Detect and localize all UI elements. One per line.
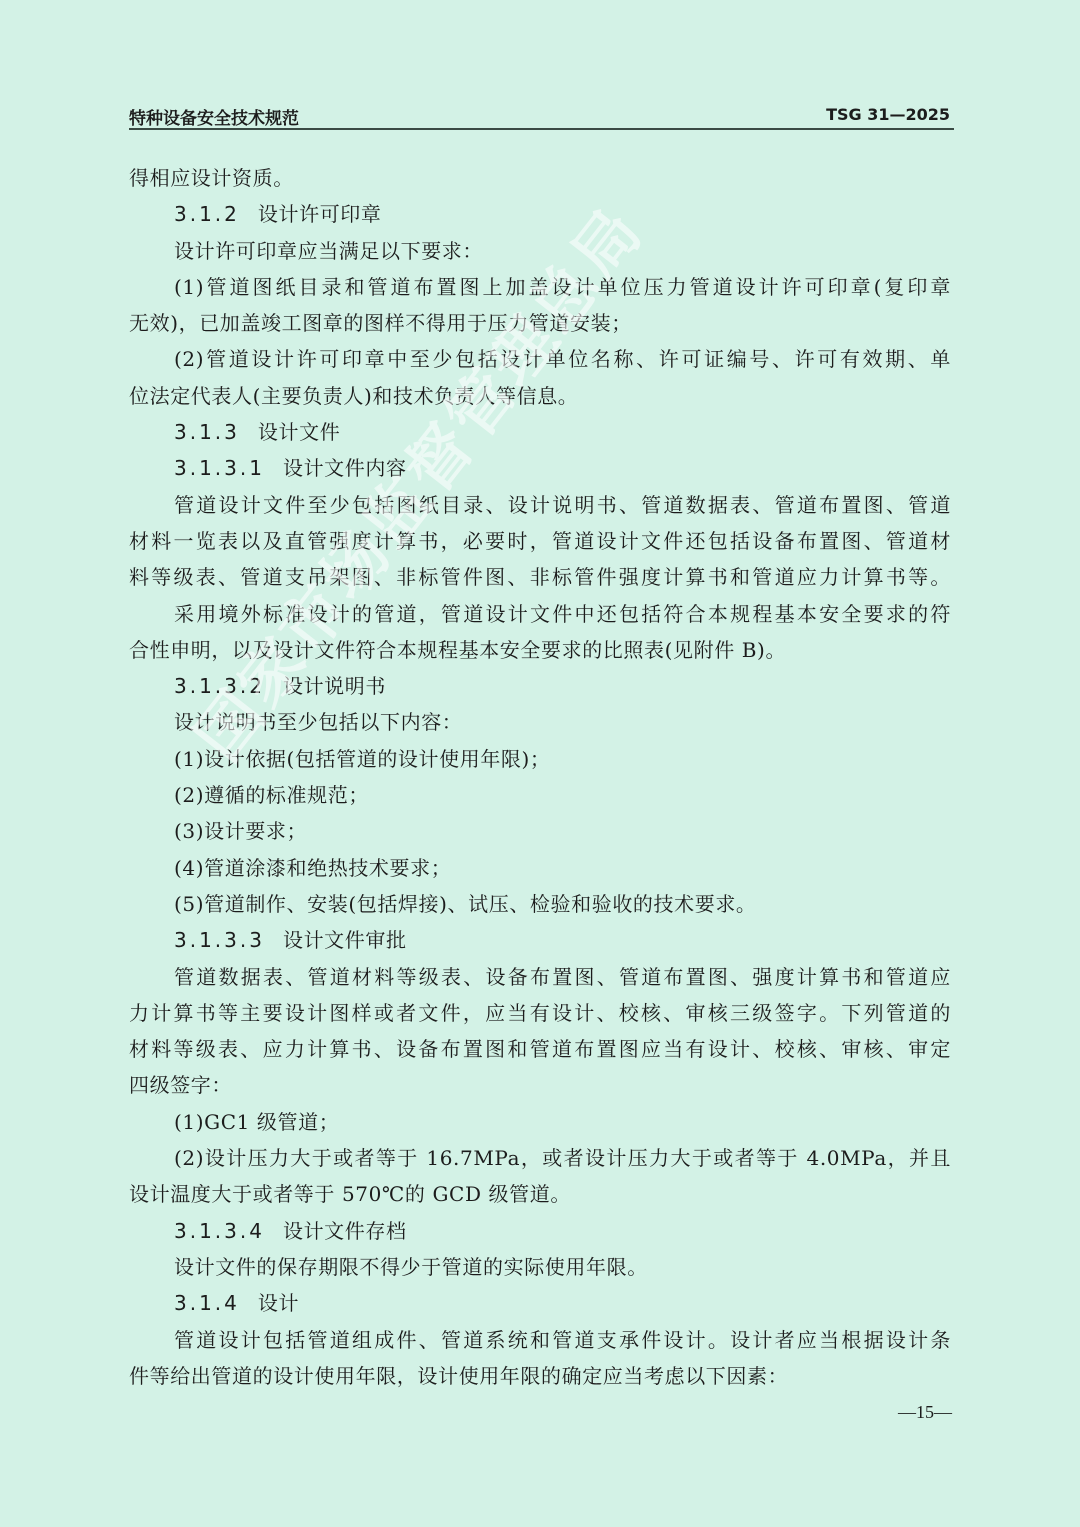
page-header: 特种设备安全技术规范 TSG 31—2025 xyxy=(129,102,954,130)
section-heading: 3.1.3.1设计文件内容 xyxy=(129,450,951,486)
paragraph-line: (5)管道制作、安装(包括焊接)、试压、检验和验收的技术要求。 xyxy=(129,886,951,922)
document-page: 特种设备安全技术规范 TSG 31—2025 得相应设计资质。3.1.2设计许可… xyxy=(0,0,1080,1527)
paragraph-line: (4)管道涂漆和绝热技术要求； xyxy=(129,850,951,886)
section-number: 3.1.3.3 xyxy=(174,922,265,958)
section-heading: 3.1.3设计文件 xyxy=(129,414,951,450)
section-number: 3.1.3.1 xyxy=(174,450,265,486)
paragraph-line: 管道设计包括管道组成件、管道系统和管道支承件设计。设计者应当根据设计条 xyxy=(129,1322,951,1358)
section-heading: 3.1.2设计许可印章 xyxy=(129,196,951,232)
section-number: 3.1.3 xyxy=(174,414,240,450)
paragraph-line: 设计温度大于或者等于 570℃的 GCD 级管道。 xyxy=(129,1176,951,1212)
section-title: 设计许可印章 xyxy=(258,202,382,226)
paragraph-line: 设计文件的保存期限不得少于管道的实际使用年限。 xyxy=(129,1249,951,1285)
paragraph-line: 力计算书等主要设计图样或者文件，应当有设计、校核、审核三级签字。下列管道的 xyxy=(129,995,951,1031)
paragraph-line: 合性申明，以及设计文件符合本规程基本安全要求的比照表(见附件 B)。 xyxy=(129,632,951,668)
section-number: 3.1.2 xyxy=(174,196,240,232)
paragraph-line: (1)管道图纸目录和管道布置图上加盖设计单位压力管道设计许可印章(复印章 xyxy=(129,269,951,305)
section-title: 设计文件内容 xyxy=(283,456,407,480)
section-title: 设计 xyxy=(258,1291,299,1315)
section-heading: 3.1.3.2设计说明书 xyxy=(129,668,951,704)
section-title: 设计文件存档 xyxy=(283,1219,407,1243)
section-heading: 3.1.4设计 xyxy=(129,1285,951,1321)
section-number: 3.1.3.4 xyxy=(174,1213,265,1249)
paragraph-line: (1)GC1 级管道； xyxy=(129,1104,951,1140)
paragraph-line: 料等级表、管道支吊架图、非标管件图、非标管件强度计算书和管道应力计算书等。 xyxy=(129,559,951,595)
paragraph-line: 采用境外标准设计的管道，管道设计文件中还包括符合本规程基本安全要求的符 xyxy=(129,596,951,632)
paragraph-line: 材料一览表以及直管强度计算书，必要时，管道设计文件还包括设备布置图、管道材 xyxy=(129,523,951,559)
paragraph-line: (2)设计压力大于或者等于 16.7MPa，或者设计压力大于或者等于 4.0MP… xyxy=(129,1140,951,1176)
section-title: 设计文件 xyxy=(258,420,340,444)
series-title: 特种设备安全技术规范 xyxy=(129,104,299,129)
paragraph-line: 件等给出管道的设计使用年限，设计使用年限的确定应当考虑以下因素： xyxy=(129,1358,951,1394)
paragraph-line: (1)设计依据(包括管道的设计使用年限)； xyxy=(129,741,951,777)
paragraph-line: 设计许可印章应当满足以下要求： xyxy=(129,233,951,269)
section-number: 3.1.4 xyxy=(174,1285,240,1321)
section-title: 设计文件审批 xyxy=(283,928,407,952)
paragraph-line: 管道数据表、管道材料等级表、设备布置图、管道布置图、强度计算书和管道应 xyxy=(129,959,951,995)
paragraph-line: 无效)，已加盖竣工图章的图样不得用于压力管道安装； xyxy=(129,305,951,341)
paragraph-line: (2)管道设计许可印章中至少包括设计单位名称、许可证编号、许可有效期、单 xyxy=(129,341,951,377)
paragraph-line: 四级签字： xyxy=(129,1067,951,1103)
section-heading: 3.1.3.4设计文件存档 xyxy=(129,1213,951,1249)
page-number: —15— xyxy=(898,1402,952,1423)
document-body: 得相应设计资质。3.1.2设计许可印章设计许可印章应当满足以下要求：(1)管道图… xyxy=(129,160,951,1394)
paragraph-line: (2)遵循的标准规范； xyxy=(129,777,951,813)
section-heading: 3.1.3.3设计文件审批 xyxy=(129,922,951,958)
paragraph-line: (3)设计要求； xyxy=(129,813,951,849)
section-title: 设计说明书 xyxy=(283,674,386,698)
paragraph-line: 设计说明书至少包括以下内容： xyxy=(129,704,951,740)
paragraph-line: 管道设计文件至少包括图纸目录、设计说明书、管道数据表、管道布置图、管道 xyxy=(129,487,951,523)
paragraph-line: 位法定代表人(主要负责人)和技术负责人等信息。 xyxy=(129,378,951,414)
section-number: 3.1.3.2 xyxy=(174,668,265,704)
document-code: TSG 31—2025 xyxy=(826,105,950,124)
paragraph-line: 材料等级表、应力计算书、设备布置图和管道布置图应当有设计、校核、审核、审定 xyxy=(129,1031,951,1067)
paragraph-line: 得相应设计资质。 xyxy=(129,160,951,196)
